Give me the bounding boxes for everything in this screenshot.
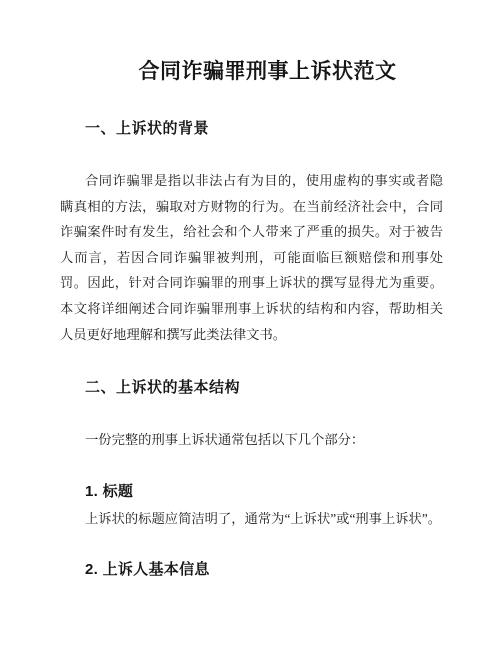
- section-structure-intro-paragraph: 一份完整的刑事上诉状通常包括以下几个部分：: [60, 427, 443, 453]
- section-heading-basic-structure: 二、上诉状的基本结构: [60, 376, 443, 400]
- document-title: 合同诈骗罪刑事上诉状范文: [60, 56, 443, 88]
- subsection-heading-title: 1. 标题: [60, 480, 443, 504]
- section-heading-background: 一、上诉状的背景: [60, 117, 443, 141]
- subsection-heading-appellant-info: 2. 上诉人基本信息: [60, 558, 443, 582]
- subsection-title-paragraph: 上诉状的标题应简洁明了，通常为“上诉状”或“刑事上诉状”。: [60, 506, 443, 532]
- section-background-paragraph: 合同诈骗罪是指以非法占有为目的，使用虚构的事实或者隐瞒真相的方法，骗取对方财物的…: [60, 168, 443, 347]
- document-page: 合同诈骗罪刑事上诉状范文 一、上诉状的背景 合同诈骗罪是指以非法占有为目的，使用…: [0, 0, 500, 647]
